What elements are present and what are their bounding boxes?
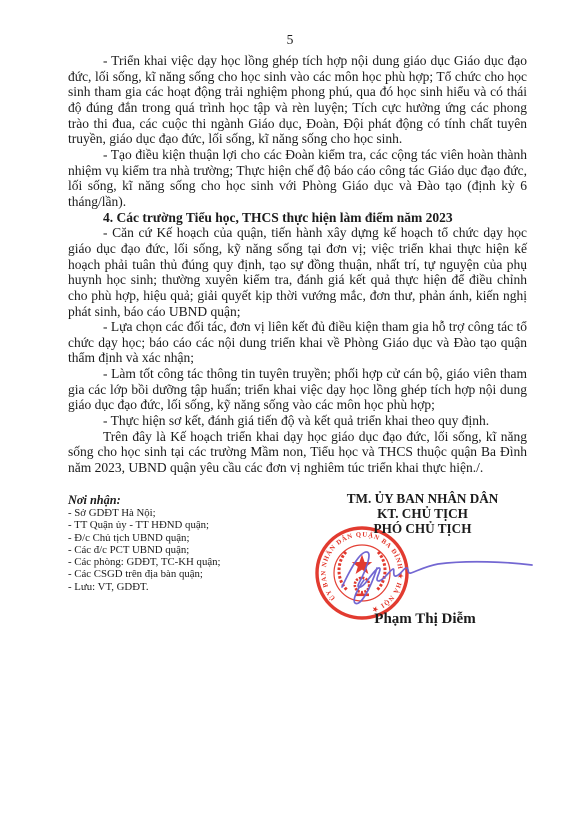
signing-title: PHÓ CHỦ TỊCH xyxy=(325,521,520,536)
document-page: 5 - Triển khai việc dạy học lồng ghép tí… xyxy=(0,0,580,820)
recipient-item: - Các đ/c PCT UBND quận; xyxy=(68,544,308,556)
paragraph-section4-2: - Lựa chọn các đối tác, đơn vị liên kết … xyxy=(68,319,527,366)
signing-acting-title: KT. CHỦ TỊCH xyxy=(325,506,520,521)
recipient-item: - TT Quận ủy - TT HĐND quận; xyxy=(68,519,308,531)
recipient-item: - Lưu: VT, GDĐT. xyxy=(68,581,308,593)
document-body: - Triển khai việc dạy học lồng ghép tích… xyxy=(68,53,527,476)
recipients-label: Nơi nhận: xyxy=(68,493,308,507)
paragraph-closing: Trên đây là Kế hoạch triển khai dạy học … xyxy=(68,429,527,476)
signature-scribble xyxy=(342,552,532,587)
recipient-item: - Các phòng: GDĐT, TC-KH quận; xyxy=(68,556,308,568)
paragraph-intro-1: - Triển khai việc dạy học lồng ghép tích… xyxy=(68,53,527,147)
recipient-item: - Các CSGD trên địa bàn quận; xyxy=(68,568,308,580)
page-number: 5 xyxy=(0,32,580,48)
signing-authority: TM. ỦY BAN NHÂN DÂN xyxy=(325,491,520,506)
recipients-block: Nơi nhận: - Sở GDĐT Hà Nội; - TT Quận ủy… xyxy=(68,493,308,593)
recipient-item: - Đ/c Chủ tịch UBND quận; xyxy=(68,532,308,544)
section-heading: 4. Các trường Tiểu học, THCS thực hiện l… xyxy=(68,210,527,226)
recipient-item: - Sở GDĐT Hà Nội; xyxy=(68,507,308,519)
paragraph-section4-3: - Làm tốt công tác thông tin tuyên truyề… xyxy=(68,366,527,413)
signature-block: TM. ỦY BAN NHÂN DÂN KT. CHỦ TỊCH PHÓ CHỦ… xyxy=(325,491,520,537)
handwritten-signature xyxy=(330,540,545,615)
paragraph-intro-2: - Tạo điều kiện thuận lợi cho các Đoàn k… xyxy=(68,147,527,210)
paragraph-section4-1: - Căn cứ Kế hoạch của quận, tiến hành xâ… xyxy=(68,225,527,319)
paragraph-section4-4: - Thực hiện sơ kết, đánh giá tiến độ và … xyxy=(68,413,527,429)
